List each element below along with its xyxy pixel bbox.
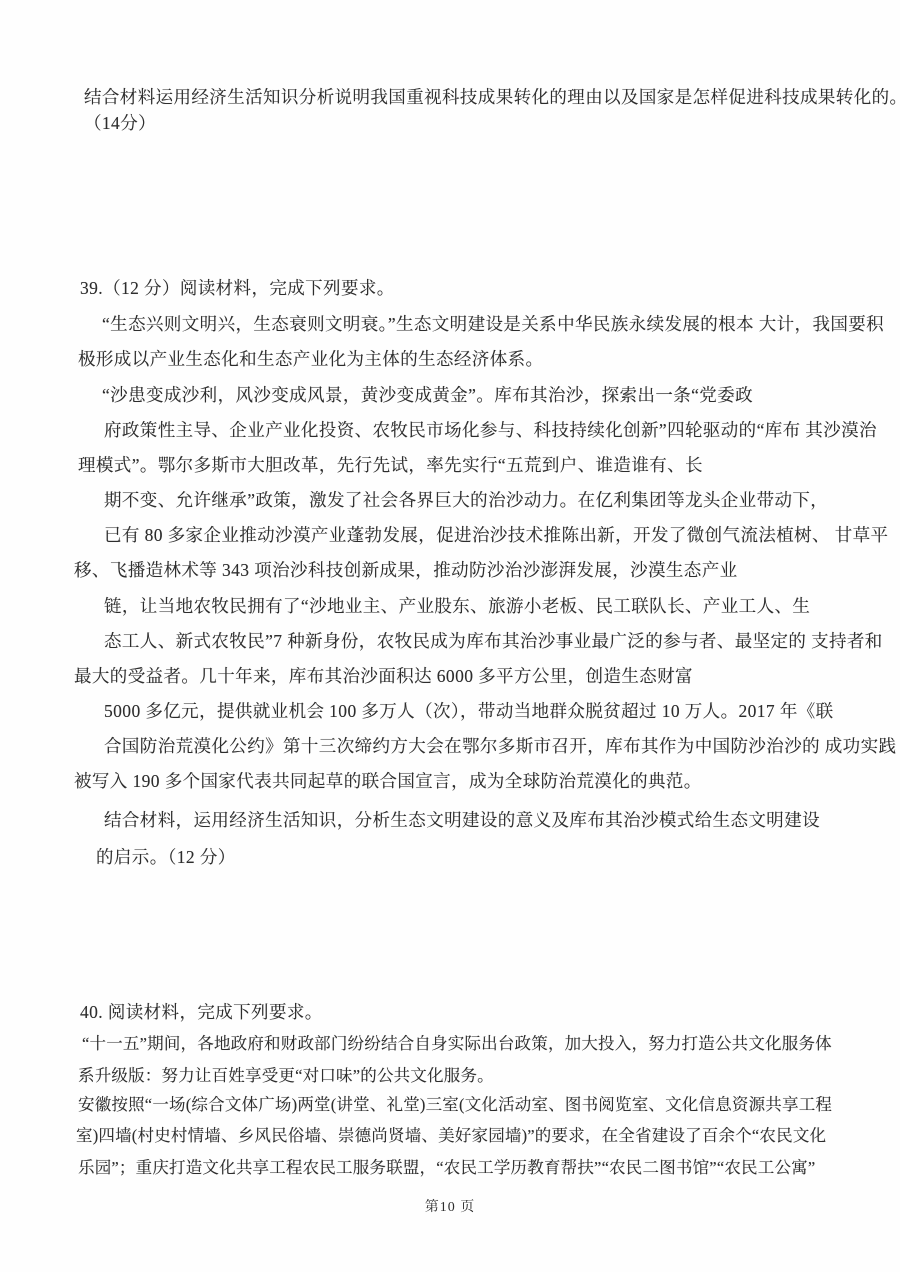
q40-header: 40. 阅读材料，完成下列要求。 xyxy=(80,1002,323,1024)
q40-material-line: “十一五”期间，各地政府和财政部门纷纷结合自身实际出台政策，加大投入，努力打造公… xyxy=(82,1034,832,1055)
q39-material-line: 最大的受益者。几十年来，库布其治沙面积达 6000 多平方公里，创造生态财富 xyxy=(74,666,693,688)
q39-material-line: 极形成以产业生态化和生态产业化为主体的生态经济体系。 xyxy=(78,349,543,371)
q39-material-line: 链，让当地农牧民拥有了“沙地业主、产业股东、旅游小老板、民工联队长、产业工人、生 xyxy=(104,596,810,618)
q39-material-line: 已有 80 多家企业推动沙漠产业蓬勃发展，促进治沙技术推陈出新，开发了微创气流法… xyxy=(104,525,888,547)
q40-material-line: 安徽按照“一场(综合文体广场)两堂(讲堂、礼堂)三室(文化活动室、图书阅览室、文… xyxy=(78,1095,832,1116)
q39-header: 39.（12 分）阅读材料，完成下列要求。 xyxy=(80,278,395,300)
q39-material-line: 移、飞播造林术等 343 项治沙科技创新成果，推动防沙治沙澎湃发展，沙漠生态产业 xyxy=(74,560,738,582)
q40-material-line: 乐园”；重庆打造文化共享工程农民工服务联盟，“农民工学历教育帮扶”“农民二图书馆… xyxy=(78,1158,815,1179)
q39-score-line: 的启示。（12 分） xyxy=(96,847,236,869)
q39-material-line: 合国防治荒漠化公约》第十三次缔约方大会在鄂尔多斯市召开，库布其作为中国防沙治沙的… xyxy=(104,736,896,758)
q39-material-line: 态工人、新式农牧民”7 种新身份，农牧民成为库布其治沙事业最广泛的参与者、最坚定… xyxy=(104,631,883,653)
q40-material-line: 系升级版：努力让百姓享受更“对口味”的公共文化服务。 xyxy=(78,1066,494,1087)
q38-score-line: （14分） xyxy=(84,113,156,135)
exam-paper-page: 结合材料运用经济生活知识分析说明我国重视科技成果转化的理由以及国家是怎样促进科技… xyxy=(0,0,900,1272)
q39-material-line: 5000 多亿元，提供就业机会 100 多万人（次），带动当地群众脱贫超过 10… xyxy=(104,701,834,723)
q39-material-line: 理模式”。鄂尔多斯市大胆改革，先行先试，率先实行“五荒到户、谁造谁有、长 xyxy=(78,455,703,477)
q40-material-line: 室)四墙(村史村情墙、乡风民俗墙、崇德尚贤墙、美好家园墙)”的要求，在全省建设了… xyxy=(76,1126,826,1147)
q38-instruction-line: 结合材料运用经济生活知识分析说明我国重视科技成果转化的理由以及国家是怎样促进科技… xyxy=(84,87,900,109)
q39-material-line: “生态兴则文明兴，生态衰则文明衰。”生态文明建设是关系中华民族永续发展的根本 大… xyxy=(102,314,884,336)
q39-material-line: 被写入 190 多个国家代表共同起草的联合国宣言，成为全球防治荒漠化的典范。 xyxy=(74,771,702,793)
q39-material-line: “沙患变成沙利，风沙变成风景，黄沙变成黄金”。库布其治沙，探索出一条“党委政 xyxy=(102,385,753,407)
q39-material-line: 期不变、允许继承”政策，激发了社会各界巨大的治沙动力。在亿利集团等龙头企业带动下… xyxy=(104,490,828,512)
page-number: 第10 页 xyxy=(0,1196,900,1216)
q39-material-line: 府政策性主导、企业产业化投资、农牧民市场化参与、科技持续化创新”四轮驱动的“库布… xyxy=(104,420,877,442)
q39-task-line: 结合材料，运用经济生活知识，分析生态文明建设的意义及库布其治沙模式给生态文明建设 xyxy=(104,810,820,832)
